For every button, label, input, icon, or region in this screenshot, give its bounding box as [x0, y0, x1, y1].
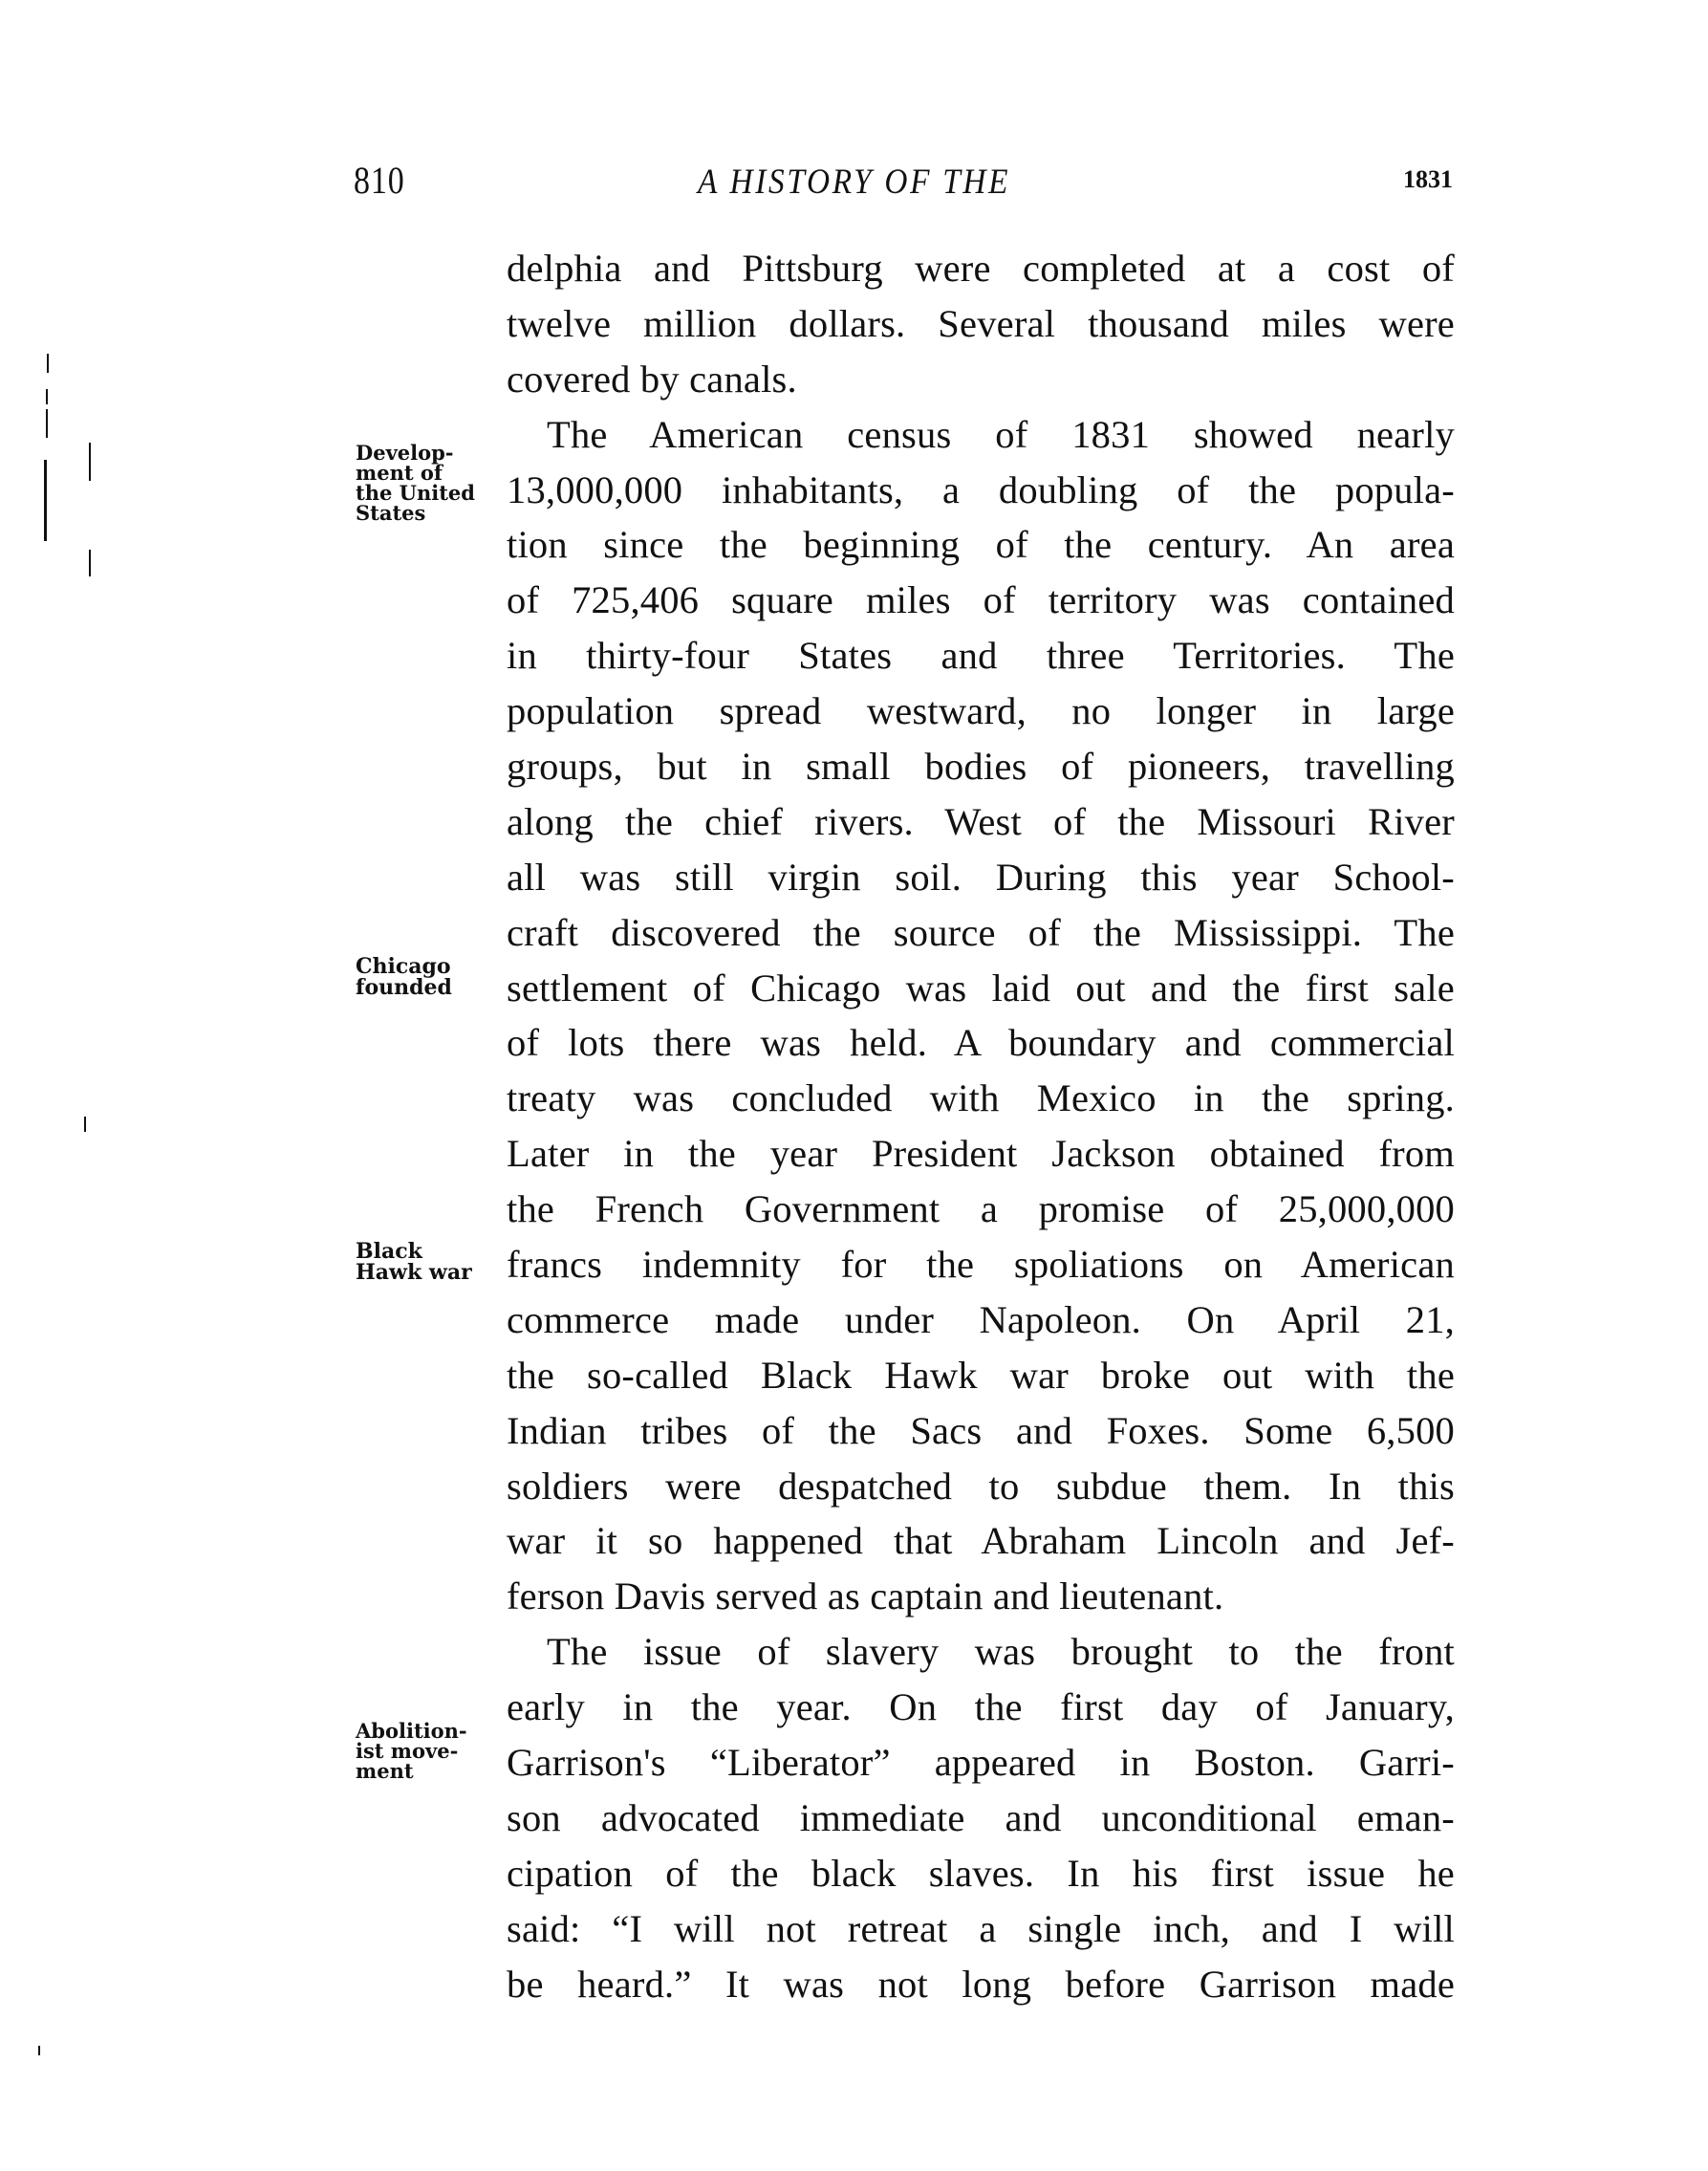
text-line: the so-called Black Hawk war broke out w… [507, 1348, 1455, 1403]
text-line: The issue of slavery was brought to the … [507, 1624, 1455, 1680]
scan-artifact [46, 389, 48, 404]
text-line: said: “I will not retreat a single inch,… [507, 1901, 1455, 1957]
side-note-line: Develop- [356, 443, 475, 463]
text-line: treaty was concluded with Mexico in the … [507, 1071, 1455, 1126]
text-line: groups, but in small bodies of pioneers,… [507, 739, 1455, 794]
text-line: early in the year. On the first day of J… [507, 1680, 1455, 1735]
text-line: the French Government a promise of 25,00… [507, 1182, 1455, 1237]
text-line: of 725,406 square miles of territory was… [507, 573, 1455, 628]
scan-artifact [84, 1117, 86, 1132]
side-note-line: Chicago [356, 956, 452, 977]
text-line: Garrison's “Liberator” appeared in Bosto… [507, 1735, 1455, 1791]
scan-artifact [44, 460, 47, 541]
scan-artifact [38, 2046, 40, 2055]
side-note-chicago: Chicago founded [356, 956, 452, 998]
side-note-line: Hawk war [356, 1262, 472, 1283]
text-line: francs indemnity for the spoliations on … [507, 1237, 1455, 1292]
text-line: The American census of 1831 showed nearl… [507, 407, 1455, 463]
side-note-abolition: Abolition- ist move- ment [356, 1721, 467, 1781]
scan-artifact [47, 354, 49, 373]
text-line: son advocated immediate and unconditiona… [507, 1791, 1455, 1846]
side-note-line: the United [356, 483, 475, 503]
text-line: be heard.” It was not long before Garris… [507, 1957, 1455, 2012]
scan-artifact [46, 409, 48, 438]
text-line: commerce made under Napoleon. On April 2… [507, 1292, 1455, 1348]
text-line: population spread westward, no longer in… [507, 684, 1455, 739]
side-note-line: ment of [356, 463, 475, 483]
scan-artifact [89, 443, 91, 481]
text-line: of lots there was held. A boundary and c… [507, 1015, 1455, 1071]
side-note-line: ment [356, 1761, 467, 1781]
text-line: 13,000,000 inhabitants, a doubling of th… [507, 463, 1455, 518]
text-line: craft discovered the source of the Missi… [507, 905, 1455, 961]
running-year: 1831 [1403, 165, 1453, 194]
side-note-development: Develop- ment of the United States [356, 443, 475, 523]
side-note-line: Abolition- [356, 1721, 467, 1741]
scan-artifact [89, 550, 91, 576]
running-title: A HISTORY OF THE [698, 162, 1010, 203]
text-line: ferson Davis served as captain and lieut… [507, 1569, 1455, 1624]
page-number: 810 [354, 158, 405, 203]
text-line: covered by canals. [507, 352, 1455, 407]
side-note-line: ist move- [356, 1741, 467, 1761]
book-page: 810 A HISTORY OF THE 1831 Develop- ment … [0, 0, 1708, 2171]
text-line: settlement of Chicago was laid out and t… [507, 961, 1455, 1016]
text-line: twelve million dollars. Several thousand… [507, 296, 1455, 352]
text-line: soldiers were despatched to subdue them.… [507, 1459, 1455, 1514]
side-note-line: States [356, 503, 475, 523]
text-line: war it so happened that Abraham Lincoln … [507, 1513, 1455, 1569]
running-head: 810 A HISTORY OF THE 1831 [354, 158, 1453, 215]
text-line: along the chief rivers. West of the Miss… [507, 794, 1455, 850]
text-line: Later in the year President Jackson obta… [507, 1126, 1455, 1182]
text-line: in thirty-four States and three Territor… [507, 628, 1455, 684]
text-line: delphia and Pittsburg were completed at … [507, 241, 1455, 296]
text-line: all was still virgin soil. During this y… [507, 850, 1455, 905]
body-text: delphia and Pittsburg were completed at … [507, 241, 1455, 2012]
side-note-black-hawk: Black Hawk war [356, 1241, 472, 1283]
side-note-line: founded [356, 977, 452, 998]
text-line: cipation of the black slaves. In his fir… [507, 1846, 1455, 1901]
text-line: tion since the beginning of the century.… [507, 517, 1455, 573]
text-line: Indian tribes of the Sacs and Foxes. Som… [507, 1403, 1455, 1459]
side-note-line: Black [356, 1241, 472, 1262]
